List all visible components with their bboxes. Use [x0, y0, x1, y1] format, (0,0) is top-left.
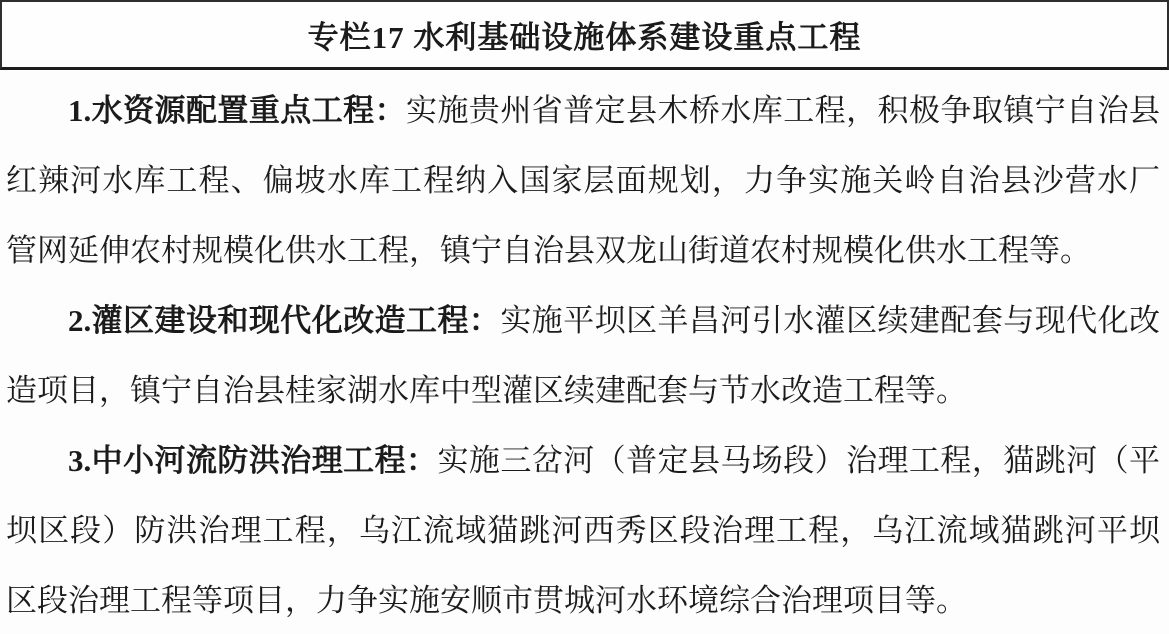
- paragraph-3-heading: 3.中小河流防洪治理工程：: [68, 443, 437, 478]
- body-line: 区段治理工程等项目，力争实施安顺市贯城河水环境综合治理项目等。: [6, 566, 1160, 634]
- body-line: 1.水资源配置重点工程：实施贵州省普定县木桥水库工程，积极争取镇宁自治县: [6, 76, 1160, 146]
- paragraph-1-text: 实施贵州省普定县木桥水库工程，积极争取镇宁自治县: [406, 93, 1160, 128]
- paragraph-2-heading: 2.灌区建设和现代化改造工程：: [68, 303, 500, 338]
- document-box: 专栏17 水利基础设施体系建设重点工程 1.水资源配置重点工程：实施贵州省普定县…: [0, 0, 1169, 634]
- paragraph-3-text: 区段治理工程等项目，力争实施安顺市贯城河水环境综合治理项目等。: [6, 583, 967, 618]
- box-title: 专栏17 水利基础设施体系建设重点工程: [308, 12, 862, 57]
- paragraph-3-text: 坝区段）防洪治理工程，乌江流域猫跳河西秀区段治理工程，乌江流域猫跳河平坝: [6, 513, 1160, 548]
- body-line: 管网延伸农村规模化供水工程，镇宁自治县双龙山街道农村规模化供水工程等。: [6, 216, 1160, 286]
- paragraph-3-text: 实施三岔河（普定县马场段）治理工程，猫跳河（平: [437, 443, 1160, 478]
- body-line: 造项目，镇宁自治县桂家湖水库中型灌区续建配套与节水改造工程等。: [6, 356, 1160, 426]
- body-line: 坝区段）防洪治理工程，乌江流域猫跳河西秀区段治理工程，乌江流域猫跳河平坝: [6, 496, 1160, 566]
- paragraph-1-heading: 1.水资源配置重点工程：: [68, 93, 406, 128]
- body-line: 红辣河水库工程、偏坡水库工程纳入国家层面规划，力争实施关岭自治县沙营水厂: [6, 146, 1160, 216]
- paragraph-2-text: 实施平坝区羊昌河引水灌区续建配套与现代化改: [500, 303, 1160, 338]
- body-line: 3.中小河流防洪治理工程：实施三岔河（普定县马场段）治理工程，猫跳河（平: [6, 426, 1160, 496]
- title-bar: 专栏17 水利基础设施体系建设重点工程: [0, 0, 1169, 70]
- paragraph-1-text: 红辣河水库工程、偏坡水库工程纳入国家层面规划，力争实施关岭自治县沙营水厂: [6, 163, 1160, 198]
- body-line: 2.灌区建设和现代化改造工程：实施平坝区羊昌河引水灌区续建配套与现代化改: [6, 286, 1160, 356]
- body-text: 1.水资源配置重点工程：实施贵州省普定县木桥水库工程，积极争取镇宁自治县 红辣河…: [0, 70, 1169, 634]
- paragraph-1-text: 管网延伸农村规模化供水工程，镇宁自治县双龙山街道农村规模化供水工程等。: [6, 233, 1091, 268]
- paragraph-2-text: 造项目，镇宁自治县桂家湖水库中型灌区续建配套与节水改造工程等。: [6, 373, 967, 408]
